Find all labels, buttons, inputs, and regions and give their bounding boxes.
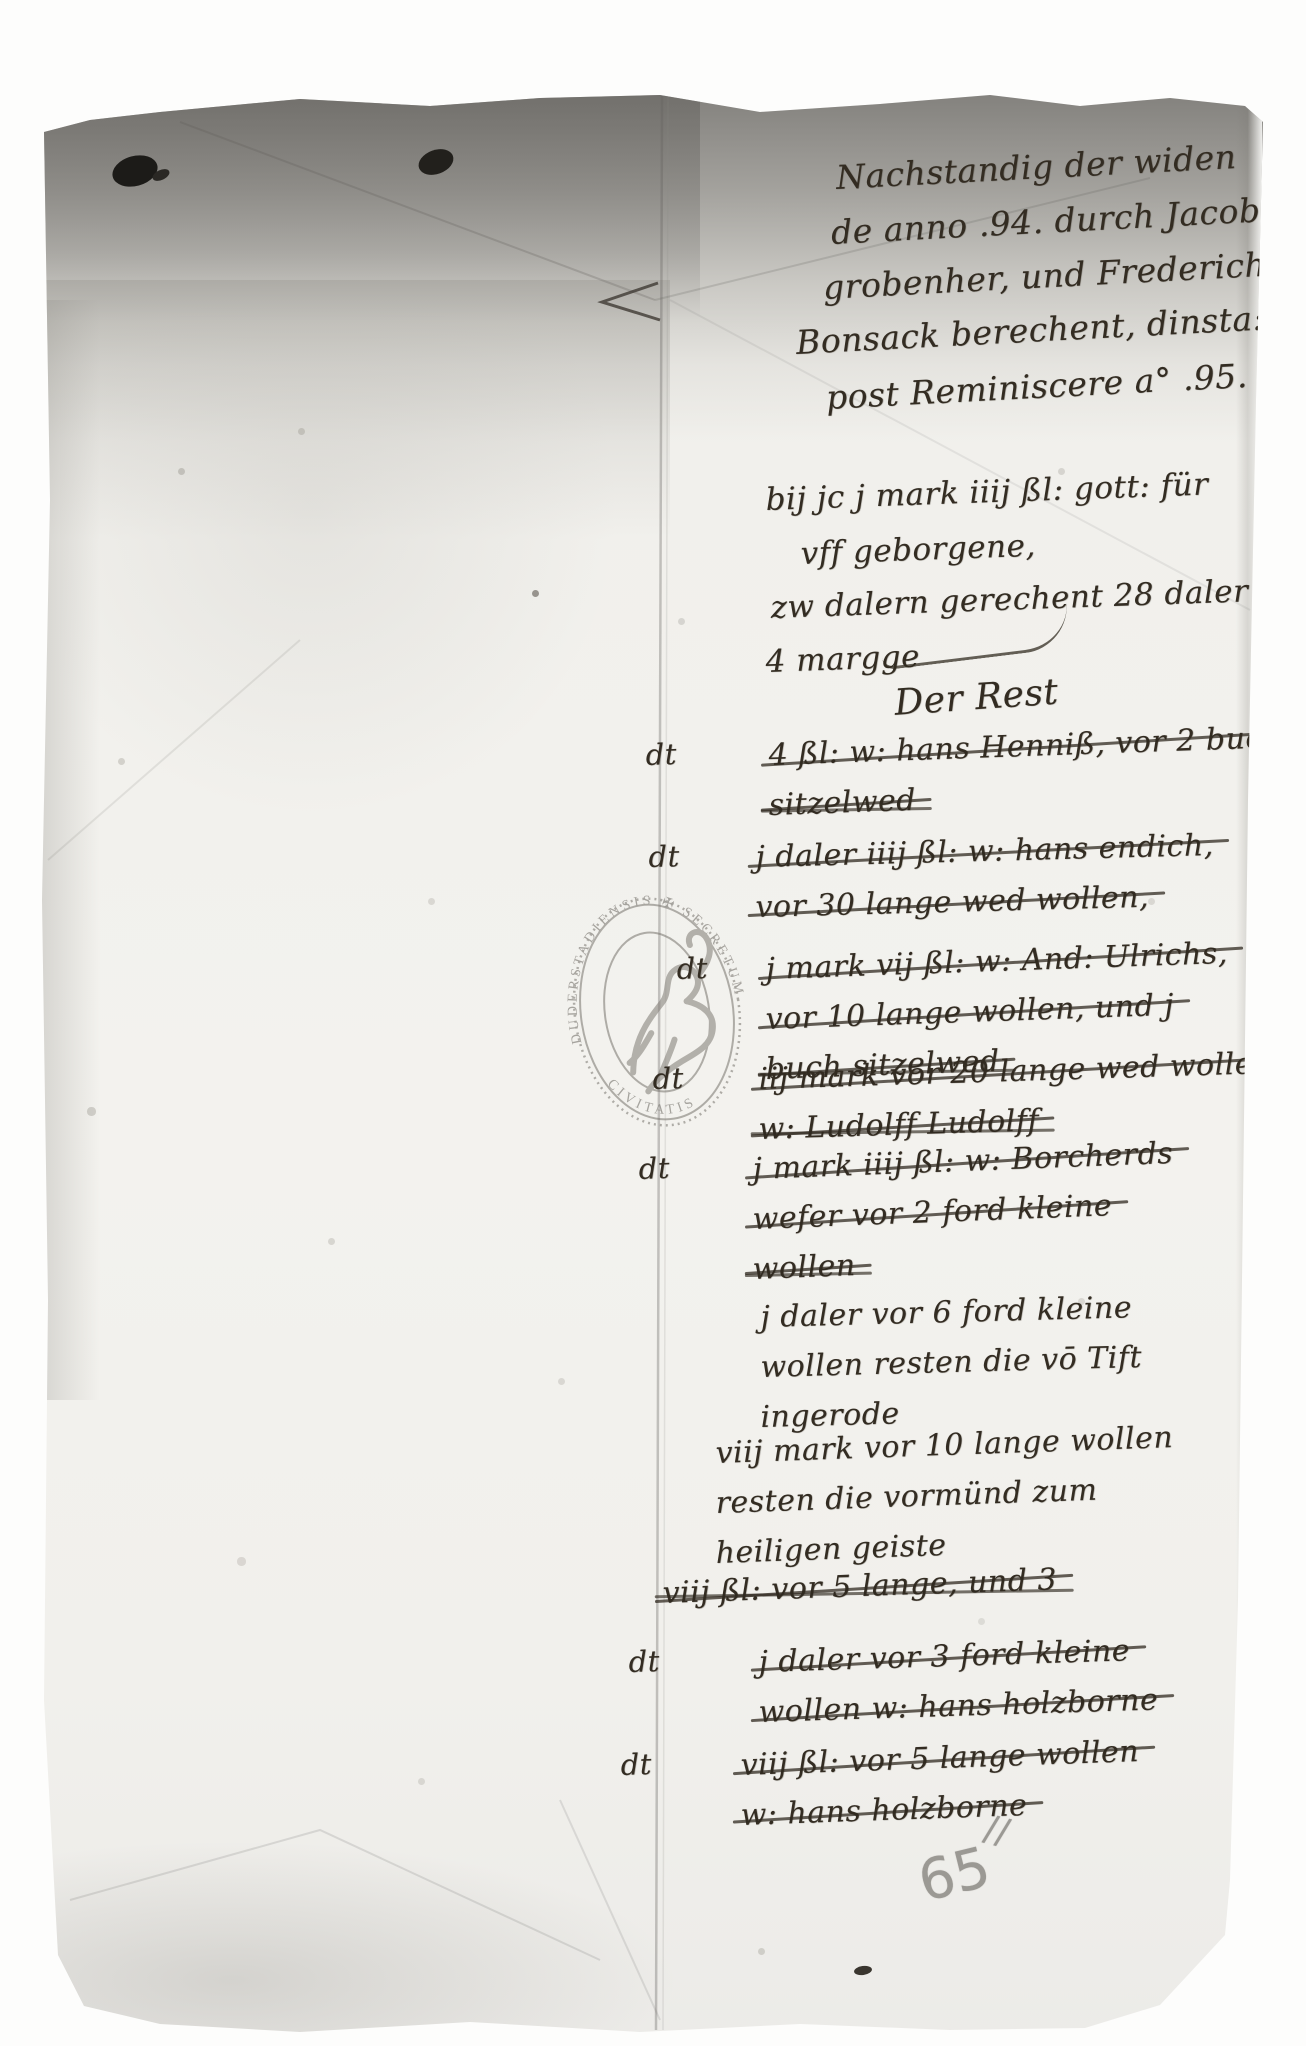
strike-mark xyxy=(751,1129,1055,1135)
entry-prefix: dt xyxy=(652,1061,684,1096)
summary-line: vff geborgene, xyxy=(800,528,1036,572)
entry-line: viij ßl: vor 5 lange wollen xyxy=(740,1734,1140,1783)
strike-mark xyxy=(751,1645,1146,1671)
entry-line: wollen resten die vō Tift xyxy=(760,1340,1142,1385)
entry-line: j daler vor 3 ford kleine xyxy=(758,1633,1131,1680)
entry-prefix: dt xyxy=(628,1644,660,1679)
left-leaf-wash xyxy=(60,300,620,820)
entry-prefix: dt xyxy=(620,1747,652,1782)
strike-mark xyxy=(751,1056,1299,1091)
entry-line: j mark vij ßl: w: And: Ulrichs, xyxy=(765,936,1228,987)
crease-line xyxy=(48,640,300,860)
ink-blot xyxy=(109,151,161,192)
entry-line: wefer vor 2 ford kleine xyxy=(752,1188,1113,1237)
city-seal-stamp: DUDERSTADIENSIS ✠ SECRETUM CIVITATIS xyxy=(533,867,781,1157)
entry-prefix: dt xyxy=(645,737,677,772)
entry-prefix: dt xyxy=(676,951,708,986)
left-edge-stain xyxy=(40,300,100,1400)
strike-mark xyxy=(758,947,1244,980)
entry-line: vor 10 lange wollen, und j xyxy=(765,988,1175,1037)
foxing-specks xyxy=(0,0,3,3)
entry-prefix: dt xyxy=(638,1151,671,1186)
seal-outer-ring xyxy=(558,887,756,1138)
entry-line: heiligen geiste xyxy=(715,1528,947,1571)
crease-line xyxy=(70,1830,600,1960)
strike-mark xyxy=(761,730,1298,766)
seal-legend-upper: DUDERSTADIENSIS ✠ SECRETUM xyxy=(548,880,750,1045)
entry-line: wollen w: hans holzborne xyxy=(758,1682,1159,1730)
entry-line: resten die vormünd zum xyxy=(715,1473,1098,1521)
entry-line: w: Ludolff Ludolff xyxy=(758,1103,1039,1147)
entry-line: vor 30 lange wed wollen, xyxy=(755,880,1149,925)
header-line: Bonsack berechent, dinsta: xyxy=(795,298,1265,361)
strike-mark xyxy=(655,1589,1074,1598)
strike-mark xyxy=(758,999,1190,1029)
manuscript-page: DUDERSTADIENSIS ✠ SECRETUM CIVITATIS Nac… xyxy=(0,0,1306,2046)
entry-line: j daler vor 6 ford kleine xyxy=(760,1290,1132,1335)
entry-line: j daler iiij ßl: w: hans endich, xyxy=(755,828,1214,875)
crease-line xyxy=(180,122,655,300)
strike-mark xyxy=(655,1574,1073,1603)
summary-line: bij jc j mark iiij ßl: gott: für xyxy=(765,467,1209,518)
entry-line: 4 ßl: w: hans Henniß, vor 2 buch xyxy=(768,720,1283,773)
entry-prefix: dt xyxy=(648,839,680,874)
fold-arrow-pen-mark xyxy=(602,283,660,320)
crease-line xyxy=(560,1800,660,2020)
scan-background: DUDERSTADIENSIS ✠ SECRETUM CIVITATIS Nac… xyxy=(0,0,1306,2046)
entry-line: ingerode xyxy=(760,1396,900,1435)
ink-blot xyxy=(415,145,457,180)
section-heading: Der Rest xyxy=(893,672,1060,724)
left-leaf-stain xyxy=(40,280,670,540)
bottom-left-crease-shading xyxy=(40,1840,680,2040)
header-line: Nachstandig der widen xyxy=(835,137,1237,197)
header-line: post Reminiscere a° .95. xyxy=(825,356,1249,417)
strike-mark xyxy=(745,1147,1189,1179)
strike-mark xyxy=(733,1746,1155,1775)
svg-text:DUDERSTADIENSIS ✠ SECRETUM: DUDERSTADIENSIS ✠ SECRETUM xyxy=(548,880,750,1045)
ink-blot xyxy=(853,1965,872,1976)
entry-line: sitzelwed xyxy=(768,783,916,823)
strike-mark xyxy=(748,839,1230,868)
strike-mark xyxy=(751,1694,1174,1722)
top-left-stain xyxy=(40,92,700,322)
entry-line: wollen xyxy=(752,1248,856,1287)
header-line: de anno .94. durch Jacob xyxy=(830,191,1261,252)
strike-mark xyxy=(748,892,1165,917)
header-line: grobenher, und Frederich xyxy=(822,245,1267,307)
strike-mark xyxy=(745,1200,1128,1228)
